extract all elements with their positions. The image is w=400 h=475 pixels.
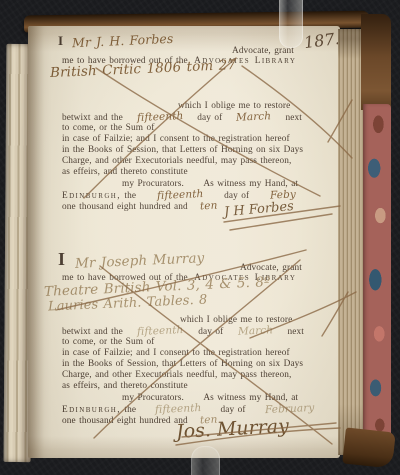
page-holder-clip-bottom <box>191 446 220 475</box>
day-of-label: day of <box>220 405 245 416</box>
edinburgh-word: Edinburgh, <box>62 191 121 201</box>
printed-initial: I <box>58 249 65 269</box>
borrower-signature: J H Forbes <box>223 199 294 220</box>
next-label: next <box>286 113 302 124</box>
failzie-line: as effeirs, and thereto constitute <box>62 381 188 392</box>
borrower-name: Mr Joseph Murray <box>74 253 204 270</box>
cover-marbled-board <box>363 104 391 442</box>
failzie-line: in the Books of Session, that Letters of… <box>62 145 303 156</box>
oblige-line: which I oblige me to restore <box>180 315 292 326</box>
book-title: Lauries Arith. Tables. 8 <box>48 295 208 313</box>
book-title-line: Theatre British Vol. 3, 4 & 5. 8º <box>44 282 271 295</box>
witness-label: As witness my Hand, at <box>203 179 298 189</box>
failzie-line: Charge, and other Executorials needful, … <box>62 370 291 381</box>
book-title-line: British Critic 1806 tom 27 <box>50 64 236 77</box>
year-word: ten <box>200 201 218 213</box>
day-of-label: day of <box>198 327 223 338</box>
procurators-label: my Procurators. <box>122 393 184 403</box>
witness-line: my Procurators. As witness my Hand, at <box>122 179 298 190</box>
the-word: the <box>124 191 136 201</box>
folio-number: 187. <box>303 29 341 52</box>
failzie-line: as effeirs, and thereto constitute <box>62 167 188 178</box>
to-come-line: to come, or the Sum of <box>62 337 154 348</box>
procurators-label: my Procurators. <box>122 179 184 189</box>
entry-name-line: I Mr Joseph Murray <box>58 252 204 269</box>
borrower-signature: Jos. Murray <box>176 415 290 443</box>
to-come-line: to come, or the Sum of <box>62 123 154 134</box>
year-prefix: one thousand eight hundred and <box>62 416 188 426</box>
signed-month: February <box>264 403 314 416</box>
due-month: March <box>236 111 272 124</box>
failzie-line: in the Books of Session, that Letters of… <box>62 359 303 370</box>
witness-label: As witness my Hand, at <box>203 393 298 403</box>
edinburgh-word: Edinburgh, <box>62 405 121 415</box>
oblige-line: which I oblige me to restore <box>178 101 290 112</box>
entry-name-line: I Mr J. H. Forbes <box>58 35 173 49</box>
cover-leather-bottom <box>342 427 395 468</box>
borrower-name: Mr J. H. Forbes <box>71 33 173 48</box>
cover-leather-top <box>361 14 391 110</box>
failzie-line: in case of Failzie; and I consent to the… <box>62 348 290 359</box>
photographed-ledger-page: 187. I Mr J. H. Forbes Advocate, grant m… <box>0 0 400 475</box>
day-of-label: day of <box>197 113 222 124</box>
witness-line: my Procurators. As witness my Hand, at <box>122 393 298 404</box>
printed-initial: I <box>58 33 63 48</box>
the-word: the <box>124 405 136 415</box>
book-title-line: Lauries Arith. Tables. 8 <box>48 298 207 311</box>
failzie-line: Charge, and other Executorials needful, … <box>62 156 291 167</box>
year-prefix: one thousand eight hundred and <box>62 202 188 212</box>
failzie-line: in case of Failzie; and I consent to the… <box>62 134 290 145</box>
ledger-page: 187. I Mr J. H. Forbes Advocate, grant m… <box>28 26 340 458</box>
year-line: one thousand eight hundred and ten <box>62 201 218 213</box>
due-month: March <box>238 325 274 338</box>
page-holder-clip-top <box>279 0 303 48</box>
day-of-label: day of <box>224 191 249 202</box>
next-label: next <box>288 327 304 338</box>
